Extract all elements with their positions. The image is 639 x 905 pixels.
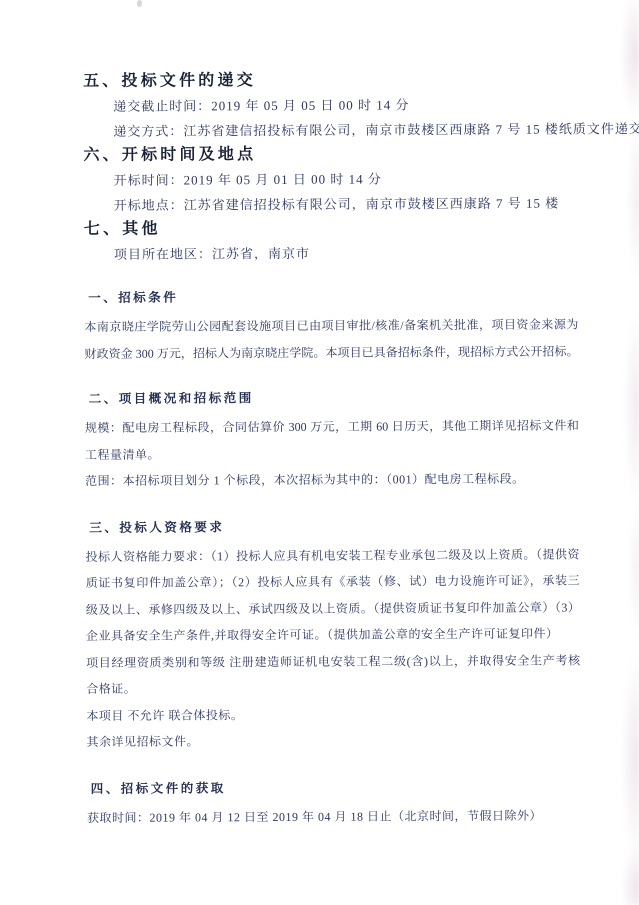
paragraph-line: 范围：本招标项目划分 1 个标段，本次招标为其中的：（001）配电房工程标段。 — [85, 465, 579, 494]
submission-method: 递交方式：江苏省建信招投标有限公司，南京市鼓楼区西康路 7 号 15 楼纸质文件… — [113, 116, 577, 143]
opening-time: 开标时间：2019 年 05 月 01 日 00 时 14 分 — [114, 165, 578, 192]
paragraph-line: 投标人资格能力要求：（1）投标人应具有机电安装工程专业承包二级及以上资质。（提供… — [85, 541, 579, 570]
section-project-overview: 二、项目概况和招标范围 规模：配电房工程标段，合同估算价 300 万元，工期 6… — [85, 386, 580, 494]
paragraph-line: 财政资金 300 万元，招标人为南京晓庄学院。本项目已具备招标条件，现招标方式公… — [84, 338, 578, 367]
section-submission-lines: 递交截止时间：2019 年 05 月 05 日 00 时 14 分 递交方式：江… — [113, 91, 577, 143]
paragraph-line: 获取时间：2019 年 04 月 12 日至 2019 年 04 月 18 日止… — [87, 802, 581, 831]
paragraph-line: 质证书复印件加盖公章）；（2）投标人应具有《承装（修、试）电力设施许可证》，承装… — [86, 567, 580, 596]
opening-location: 开标地点：江苏省建信招投标有限公司，南京市鼓楼区西康路 7 号 15 楼 — [114, 190, 578, 217]
paragraph-line: 本项目 不允许 联合体投标。 — [86, 700, 580, 729]
section-heading-other: 七、其他 — [84, 215, 578, 242]
section-tender-conditions: 一、招标条件 本南京晓庄学院劳山公园配套设施项目已由项目审批/核准/备案机关批准… — [84, 285, 578, 367]
section-heading-submission: 五、投标文件的递交 — [83, 67, 577, 94]
section-other-lines: 项目所在地区：江苏省，南京市 — [114, 239, 578, 266]
overview-paragraph: 规模：配电房工程标段，合同估算价 300 万元，工期 60 日历天，其他工期详见… — [85, 412, 579, 494]
paragraph-line: 项目经理资质类别和等级 注册建造师证机电安装工程二级(含)以上，并取得安全生产考… — [86, 647, 580, 676]
section-bidder-qualifications: 三、投标人资格要求 投标人资格能力要求：（1）投标人应具有机电安装工程专业承包二… — [85, 515, 580, 756]
section-heading-overview: 二、项目概况和招标范围 — [89, 386, 579, 409]
paragraph-line: 企业具备安全生产条件,并取得安全许可证。（提供加盖公章的安全生产许可证复印件） — [86, 620, 580, 649]
paragraph-line: 级及以上、承修四级及以上、承试四级及以上资质。（提供资质证书复印件加盖公章）（3… — [86, 594, 580, 623]
paragraph-line: 其余详见招标文件。 — [86, 726, 580, 755]
acquisition-paragraph: 获取时间：2019 年 04 月 12 日至 2019 年 04 月 18 日止… — [87, 802, 581, 831]
section-document-acquisition: 四、招标文件的获取 获取时间：2019 年 04 月 12 日至 2019 年 … — [87, 776, 581, 831]
scanned-tender-document-page: 五、投标文件的递交 递交截止时间：2019 年 05 月 05 日 00 时 1… — [0, 0, 639, 905]
section-heading-conditions: 一、招标条件 — [88, 285, 578, 308]
project-region: 项目所在地区：江苏省，南京市 — [114, 239, 578, 266]
paragraph-line: 规模：配电房工程标段，合同估算价 300 万元，工期 60 日历天，其他工期详见… — [85, 412, 579, 441]
section-heading-bid-opening: 六、开标时间及地点 — [83, 141, 577, 168]
section-heading-qualifications: 三、投标人资格要求 — [89, 515, 579, 538]
paragraph-line: 本南京晓庄学院劳山公园配套设施项目已由项目审批/核准/备案机关批准，项目资金来源… — [84, 311, 578, 340]
document-content: 五、投标文件的递交 递交截止时间：2019 年 05 月 05 日 00 时 1… — [83, 67, 581, 831]
paragraph-line: 工程量清单。 — [85, 439, 579, 468]
qualifications-paragraph: 投标人资格能力要求：（1）投标人应具有机电安装工程专业承包二级及以上资质。（提供… — [85, 541, 580, 756]
conditions-paragraph: 本南京晓庄学院劳山公园配套设施项目已由项目审批/核准/备案机关批准，项目资金来源… — [84, 311, 578, 367]
section-heading-acquisition: 四、招标文件的获取 — [91, 776, 581, 799]
section-bid-opening-lines: 开标时间：2019 年 05 月 01 日 00 时 14 分 开标地点：江苏省… — [114, 165, 578, 217]
scan-speck-artifact — [137, 0, 142, 7]
paragraph-line: 合格证。 — [86, 673, 580, 702]
submission-deadline: 递交截止时间：2019 年 05 月 05 日 00 时 14 分 — [113, 91, 577, 118]
